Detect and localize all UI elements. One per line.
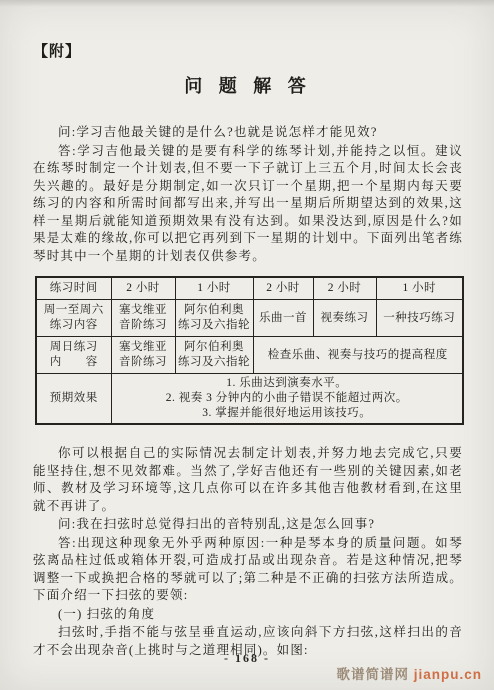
cell-time-5: 1 小时: [376, 277, 463, 300]
expected-line1: 1. 乐曲达到演奏水平。: [113, 376, 462, 391]
answer-2: 答:出现这种现象无外乎两种原因:一种是琴本身的质量问题。如琴弦离品柱过低或箱体开…: [33, 535, 463, 605]
table-row-time: 练习时间 2 小时 1 小时 2 小时 2 小时 1 小时: [36, 277, 463, 300]
sunday-c1-line2: 音阶练习: [113, 355, 174, 370]
appendix-tag: 【附】: [33, 40, 463, 61]
page-title: 问 题 解 答: [33, 72, 463, 98]
expected-line3: 3. 掌握并能很好地运用该技巧。: [113, 406, 462, 421]
table-row-weekdays: 周一至周六 练习内容 塞戈维亚 音阶练习 阿尔伯利奥 练习及六指轮 乐曲一首 视…: [36, 300, 463, 337]
sunday-label-line1: 周日练习: [38, 340, 110, 355]
weekday-c1-line2: 音阶练习: [113, 318, 174, 333]
weekday-c2-line1: 阿尔伯利奥: [177, 303, 252, 318]
cell-sunday-check: 检查乐曲、视奏与技巧的提高程度: [253, 337, 463, 374]
cell-sunday-1: 塞戈维亚 音阶练习: [111, 337, 175, 374]
cell-sunday-2: 阿尔伯利奥 练习及六指轮: [175, 337, 253, 374]
weekday-c1-line1: 塞戈维亚: [113, 303, 174, 318]
cell-weekday-5: 一种技巧练习: [376, 300, 463, 337]
cell-weekday-2: 阿尔伯利奥 练习及六指轮: [175, 300, 253, 337]
table-row-expected: 预期效果 1. 乐曲达到演奏水平。 2. 视奏 3 分钟内的小曲子错误不能超过两…: [36, 374, 463, 425]
question-1: 问:学习吉他最关键的是什么?也就是说怎样才能见效?: [33, 124, 463, 142]
cell-time-label: 练习时间: [36, 277, 111, 300]
weekday-label-line1: 周一至周六: [38, 303, 110, 318]
page-content: 【附】 问 题 解 答 问:学习吉他最关键的是什么?也就是说怎样才能见效? 答:…: [33, 40, 463, 659]
cell-expected-content: 1. 乐曲达到演奏水平。 2. 视奏 3 分钟内的小曲子错误不能超过两次。 3.…: [111, 374, 463, 425]
sunday-c2-line1: 阿尔伯利奥: [177, 340, 252, 355]
cell-weekday-4: 视奏练习: [313, 300, 376, 337]
cell-time-3: 2 小时: [253, 277, 313, 300]
cell-time-2: 1 小时: [175, 277, 253, 300]
watermark: 歌谱简谱网 jianpu.cn: [336, 663, 482, 683]
question-2: 问:我在扫弦时总觉得扫出的音特别乱,这是怎么回事?: [33, 516, 463, 534]
watermark-site-url: jianpu.cn: [414, 667, 482, 682]
cell-expected-label: 预期效果: [36, 374, 111, 425]
sunday-c1-line1: 塞戈维亚: [113, 340, 174, 355]
practice-plan-table: 练习时间 2 小时 1 小时 2 小时 2 小时 1 小时 周一至周六 练习内容…: [35, 276, 464, 425]
cell-time-4: 2 小时: [313, 277, 376, 300]
cell-weekday-label: 周一至周六 练习内容: [36, 300, 111, 337]
weekday-label-line2: 练习内容: [38, 318, 110, 333]
cell-weekday-1: 塞戈维亚 音阶练习: [111, 300, 175, 337]
table-row-sunday: 周日练习 内 容 塞戈维亚 音阶练习 阿尔伯利奥 练习及六指轮 检查乐曲、视奏与…: [36, 337, 463, 374]
cell-time-1: 2 小时: [111, 277, 175, 300]
subheading-strum-angle: (一) 扫弦的角度: [33, 606, 463, 624]
answer-1: 答:学习吉他最关键的是要有科学的练琴计划,并能持之以恒。建议在练琴时制定一个计划…: [33, 143, 463, 266]
sunday-label-line2: 内 容: [38, 355, 110, 370]
cell-sunday-label: 周日练习 内 容: [36, 337, 111, 374]
sunday-c2-line2: 练习及六指轮: [177, 355, 252, 370]
scanned-book-page: 【附】 问 题 解 答 问:学习吉他最关键的是什么?也就是说怎样才能见效? 答:…: [0, 0, 494, 690]
watermark-site-name: 歌谱简谱网: [336, 667, 409, 682]
expected-line2: 2. 视奏 3 分钟内的小曲子错误不能超过两次。: [113, 391, 462, 406]
weekday-c2-line2: 练习及六指轮: [177, 318, 252, 333]
scan-edge-artifact: [0, 0, 494, 7]
cell-weekday-3: 乐曲一首: [253, 300, 313, 337]
paragraph-plan-advice: 你可以根据自己的实际情况去制定计划表,并努力地去完成它,只要能坚持住,想不见效都…: [33, 445, 463, 515]
